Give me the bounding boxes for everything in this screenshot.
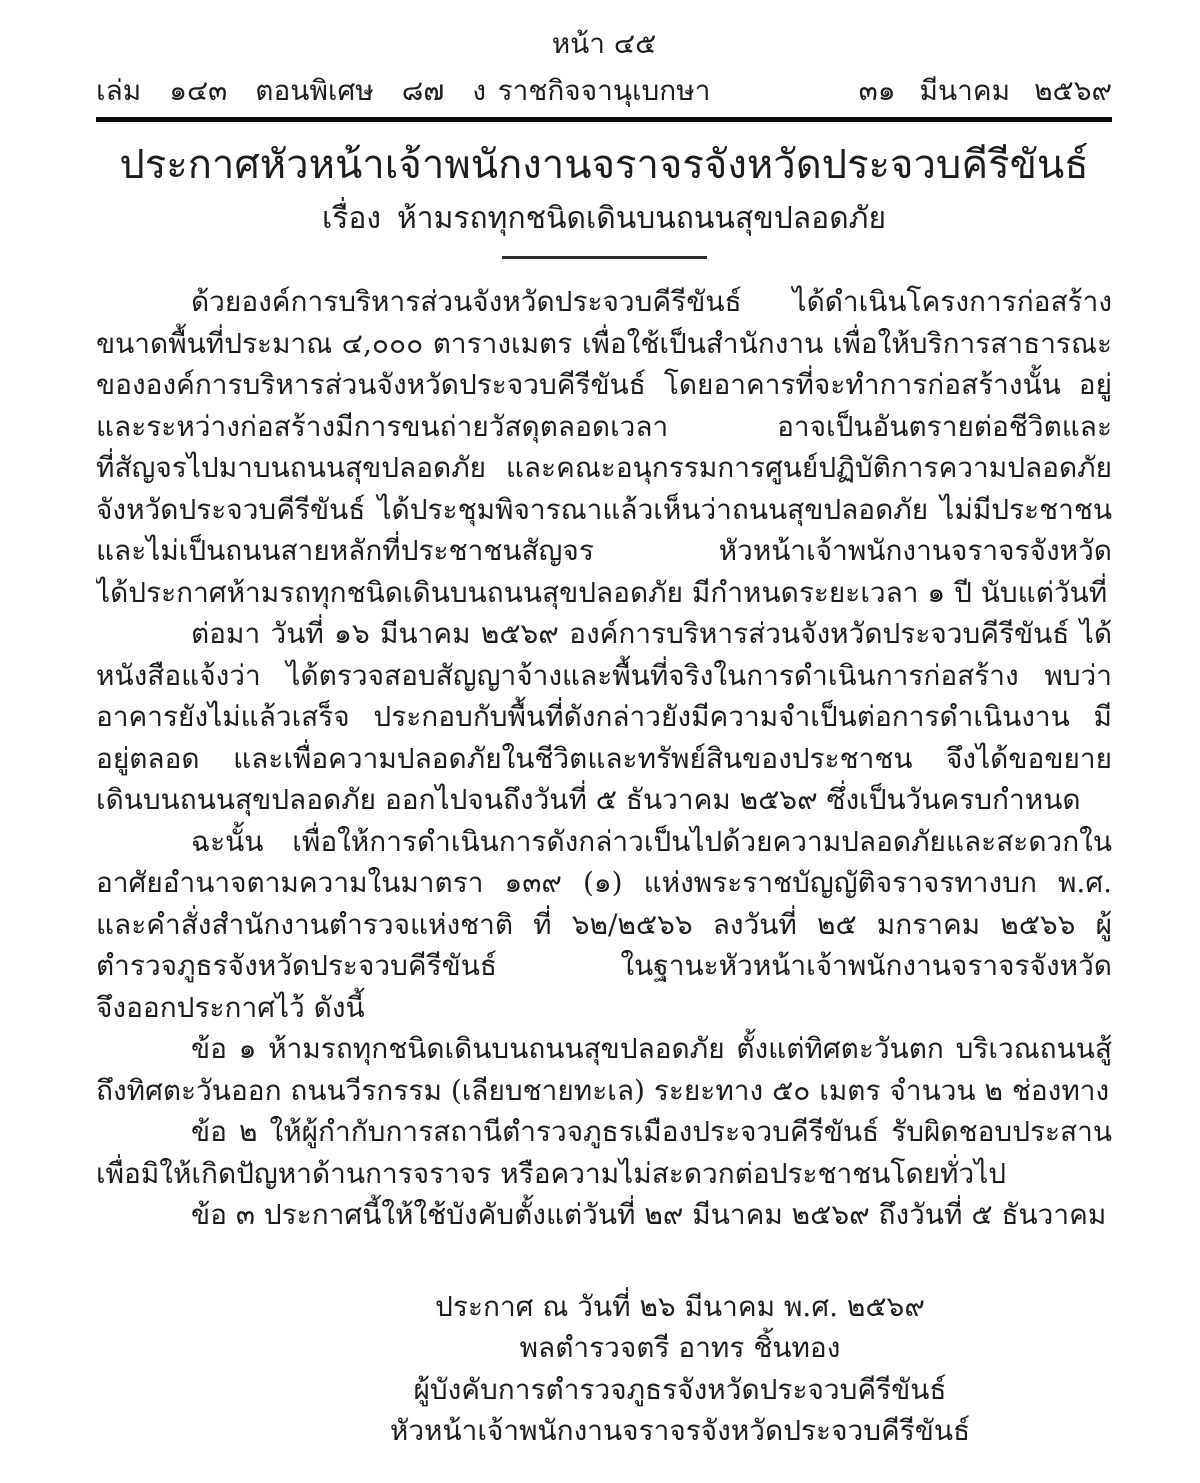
header-date: ๓๑ มีนาคม ๒๕๖๙ <box>859 72 1112 110</box>
body-line: อาศัยอำนาจตามความในมาตรา ๑๓๙ (๑) แห่งพระ… <box>96 862 1112 904</box>
gazette-page: หน้า ๔๕ เล่ม ๑๔๓ ตอนพิเศษ ๘๗ ง ราชกิจจาน… <box>0 0 1200 1483</box>
body-line: เพื่อมิให้เกิดปัญหาด้านการจราจร หรือความ… <box>96 1153 1112 1195</box>
title-divider <box>502 256 707 259</box>
volume-label: เล่ม <box>96 72 141 110</box>
signer-name: พลตำรวจตรี อาทร ชิ้นทอง <box>172 1327 1188 1369</box>
body-line: ที่สัญจรไปมาบนถนนสุขปลอดภัย และคณะอนุกรร… <box>96 447 1112 489</box>
doc-subject: เรื่องห้ามรถทุกชนิดเดินบนถนนสุขปลอดภัย <box>96 198 1112 240</box>
body-line: จังหวัดประจวบคีรีขันธ์ ได้ประชุมพิจารณาแ… <box>96 489 1112 531</box>
signature-block: ประกาศ ณ วันที่ ๒๖ มีนาคม พ.ศ. ๒๕๖๙ พลตำ… <box>172 1286 1188 1452</box>
signer-title-1: ผู้บังคับการตำรวจภูธรจังหวัดประจวบคีรีขั… <box>172 1369 1188 1411</box>
subject-text: ห้ามรถทุกชนิดเดินบนถนนสุขปลอดภัย <box>397 201 886 236</box>
body-line: และระหว่างก่อสร้างมีการขนถ่ายวัสดุตลอดเว… <box>96 406 1112 448</box>
body-line: หนังสือแจ้งว่า ได้ตรวจสอบสัญญาจ้างและพื้… <box>96 655 1112 697</box>
body-line-clause-1: ข้อ ๑ ห้ามรถทุกชนิดเดินบนถนนสุขปลอดภัย ต… <box>96 1028 1112 1070</box>
body-line: อาคารยังไม่แล้วเสร็จ ประกอบกับพื้นที่ดัง… <box>96 696 1112 738</box>
body-line-clause-2: ข้อ ๒ ให้ผู้กำกับการสถานีตำรวจภูธรเมืองป… <box>96 1111 1112 1153</box>
doc-body: ด้วยองค์การบริหารส่วนจังหวัดประจวบคีรีขั… <box>96 281 1112 1236</box>
header-date-year: ๒๕๖๙ <box>1034 72 1112 110</box>
body-line: ฉะนั้น เพื่อให้การดำเนินการดังกล่าวเป็นไ… <box>96 821 1112 863</box>
subject-label: เรื่อง <box>322 201 381 236</box>
signer-title-2: หัวหน้าเจ้าพนักงานจราจรจังหวัดประจวบคีรี… <box>172 1410 1188 1452</box>
page-number: หน้า ๔๕ <box>96 24 1112 64</box>
gazette-name: ราชกิจจานุเบกษา <box>498 72 711 110</box>
issue-label: ตอนพิเศษ <box>255 72 373 110</box>
header-date-month: มีนาคม <box>920 72 1011 110</box>
body-line: อยู่ตลอด และเพื่อความปลอดภัยในชีวิตและทร… <box>96 738 1112 780</box>
body-line: ตำรวจภูธรจังหวัดประจวบคีรีขันธ์ ในฐานะหั… <box>96 945 1112 987</box>
body-line-clause-3: ข้อ ๓ ประกาศนี้ให้ใช้บังคับตั้งแต่วันที่… <box>96 1194 1112 1236</box>
header-rule <box>96 117 1112 122</box>
body-line: และไม่เป็นถนนสายหลักที่ประชาชนสัญจร หัวห… <box>96 530 1112 572</box>
body-line: จึงออกประกาศไว้ ดังนี้ <box>96 987 1112 1029</box>
header-date-day: ๓๑ <box>859 72 896 110</box>
doc-title: ประกาศหัวหน้าเจ้าพนักงานจราจรจังหวัดประจ… <box>96 138 1112 192</box>
body-line: ถึงทิศตะวันออก ถนนวีรกรรม (เลียบชายทะเล)… <box>96 1070 1112 1112</box>
issue-section: ง <box>472 72 486 110</box>
body-line: ขององค์การบริหารส่วนจังหวัดประจวบคีรีขัน… <box>96 364 1112 406</box>
body-line: ได้ประกาศห้ามรถทุกชนิดเดินบนถนนสุขปลอดภั… <box>96 572 1112 614</box>
title-block: ประกาศหัวหน้าเจ้าพนักงานจราจรจังหวัดประจ… <box>96 138 1112 259</box>
volume-number: ๑๔๓ <box>169 72 227 110</box>
body-line: เดินบนถนนสุขปลอดภัย ออกไปจนถึงวันที่ ๕ ธ… <box>96 779 1112 821</box>
body-line: ต่อมา วันที่ ๑๖ มีนาคม ๒๕๖๙ องค์การบริหา… <box>96 613 1112 655</box>
announce-date: ประกาศ ณ วันที่ ๒๖ มีนาคม พ.ศ. ๒๕๖๙ <box>172 1286 1188 1328</box>
volume-info: เล่ม ๑๔๓ ตอนพิเศษ ๘๗ ง <box>96 72 486 110</box>
issue-number: ๘๗ <box>402 72 445 110</box>
body-line: และคำสั่งสำนักงานตำรวจแห่งชาติ ที่ ๖๒/๒๕… <box>96 904 1112 946</box>
header-row: เล่ม ๑๔๓ ตอนพิเศษ ๘๗ ง ราชกิจจานุเบกษา ๓… <box>96 72 1112 110</box>
body-line: ด้วยองค์การบริหารส่วนจังหวัดประจวบคีรีขั… <box>96 281 1112 323</box>
gazette-header: หน้า ๔๕ เล่ม ๑๔๓ ตอนพิเศษ ๘๗ ง ราชกิจจาน… <box>96 24 1112 122</box>
body-line: ขนาดพื้นที่ประมาณ ๔,๐๐๐ ตารางเมตร เพื่อใ… <box>96 323 1112 365</box>
